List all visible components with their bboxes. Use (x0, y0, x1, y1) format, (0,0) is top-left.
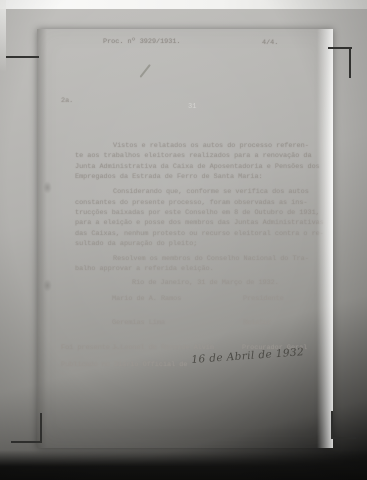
paragraph-resolvem: Resolvem os membros do Conselho Nacional… (75, 254, 327, 275)
margin-note: 2a. (61, 96, 73, 106)
signature-name-relator: Geremias Lima (112, 318, 165, 328)
frame-corner-mark-bottom-right-h (331, 437, 356, 439)
faint-page-stamp: 31 (188, 103, 196, 111)
process-number: Proc. nº 3929/1931. (103, 37, 181, 47)
punch-hole (43, 181, 52, 194)
presence-label: Foi presente - (61, 343, 118, 353)
frame-corner-mark-bottom-left-h (11, 441, 42, 443)
frame-corner-mark-bottom-left-v (40, 413, 42, 443)
sheet-number: 4/4. (262, 38, 278, 48)
microfilm-scan: Proc. nº 3929/1931. 4/4. 2a. 31 Vistos e… (0, 0, 367, 480)
document-page: Proc. nº 3929/1931. 4/4. 2a. 31 Vistos e… (37, 29, 333, 448)
publication-line: Publicado no Diario Official de 16 de Ab… (61, 358, 305, 370)
publication-typed-text: Publicado no Diario Official de (61, 361, 187, 369)
frame-corner-mark-top-left (6, 56, 39, 58)
presence-name: J.Leonel de Rezende Alvim (112, 343, 214, 353)
punch-hole (43, 279, 52, 292)
signature-name-presidente: Mario de A. Ramos (112, 294, 181, 304)
frame-corner-mark-top-right-v (349, 47, 351, 78)
scanner-left-edge (0, 0, 6, 72)
dateline: Rio de Janeiro, 31 de Março de 1932. (132, 278, 279, 288)
paragraph-considerando: Considerando que, conforme se verifica d… (75, 187, 327, 249)
paragraph-vistos: Vistos e relatados os autos do processo … (75, 141, 327, 182)
frame-corner-mark-bottom-right-v (331, 411, 333, 439)
handwritten-check-mark (139, 64, 150, 78)
resolution-body: Vistos e relatados os autos do processo … (75, 141, 327, 280)
scanner-top-edge (0, 0, 367, 9)
signature-role-presidente: Presidente (243, 294, 284, 304)
signature-role-relator: Relator (243, 318, 272, 328)
scan-bottom-shadow (0, 450, 367, 480)
